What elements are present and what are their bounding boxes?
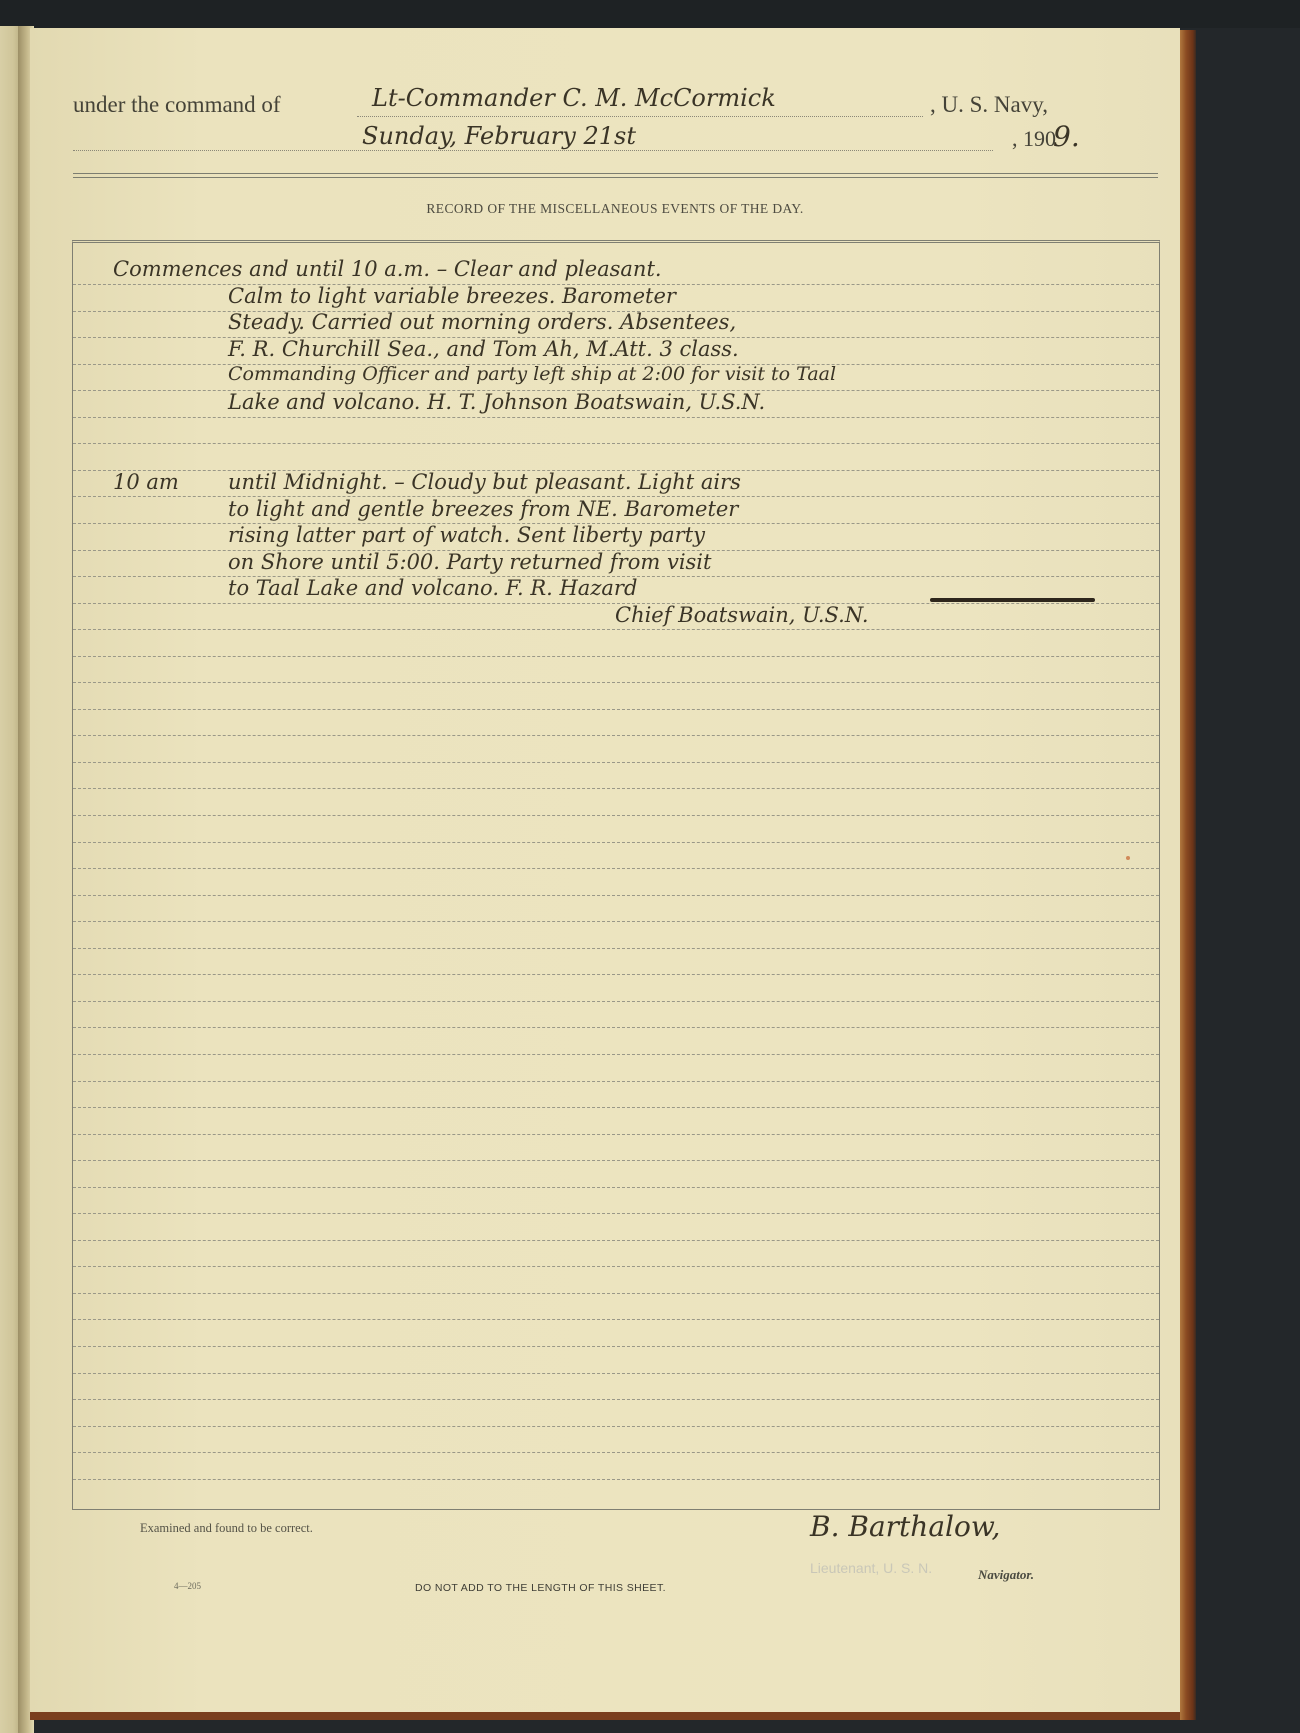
entry-2-line-2: to light and gentle breezes from NE. Bar… (228, 497, 738, 521)
signature-flourish (930, 598, 1095, 602)
entry-1-line-6: Lake and volcano. H. T. Johnson Boatswai… (228, 390, 765, 414)
ruled-line (73, 417, 1159, 418)
ruled-line (73, 868, 1159, 869)
year-handwritten: 9. (1053, 120, 1080, 153)
paper-stain (1126, 856, 1130, 860)
background-top (0, 0, 1300, 28)
ruled-line (73, 762, 1159, 763)
ruled-line (73, 948, 1159, 949)
entry-1-line-1: Commences and until 10 a.m. – Clear and … (113, 257, 662, 281)
entry-2-line-3: rising latter part of watch. Sent libert… (228, 523, 705, 547)
ruled-line (73, 1187, 1159, 1188)
ruled-line (73, 1107, 1159, 1108)
entry-2-signature-title: Chief Boatswain, U.S.N. (615, 603, 869, 627)
ruled-line (73, 1027, 1159, 1028)
ruled-line (73, 443, 1159, 444)
entry-1-line-3: Steady. Carried out morning orders. Abse… (228, 310, 736, 334)
ruled-line (73, 1160, 1159, 1161)
section-title: RECORD OF THE MISCELLANEOUS EVENTS OF TH… (0, 201, 1230, 217)
ruled-line (73, 1134, 1159, 1135)
ruled-line (73, 974, 1159, 975)
entry-1-line-4: F. R. Churchill Sea., and Tom Ah, M.Att.… (228, 337, 739, 361)
ruled-line (73, 1001, 1159, 1002)
entry-2-line-1: until Midnight. – Cloudy but pleasant. L… (228, 470, 741, 494)
service-suffix: , U. S. Navy, (930, 92, 1048, 118)
ruled-line (73, 1399, 1159, 1400)
ruled-line (73, 629, 1159, 630)
ruled-line (73, 682, 1159, 683)
ruled-line (73, 1213, 1159, 1214)
book-cover-bottom (30, 1712, 1180, 1720)
ruled-line (73, 895, 1159, 896)
ruled-line (73, 1240, 1159, 1241)
ruled-line (73, 1346, 1159, 1347)
ruled-line (73, 1266, 1159, 1267)
ruled-line (73, 1319, 1159, 1320)
book-cover-edge (1180, 30, 1196, 1720)
ruled-line (73, 815, 1159, 816)
record-box (72, 240, 1160, 1510)
form-number: 4—205 (174, 1581, 201, 1591)
ruled-line (73, 788, 1159, 789)
ruled-line (73, 1479, 1159, 1480)
year-printed: , 190 (1012, 126, 1056, 152)
sheet-notice: DO NOT ADD TO THE LENGTH OF THIS SHEET. (415, 1582, 666, 1594)
entry-1-line-2: Calm to light variable breezes. Baromete… (228, 284, 676, 308)
ruled-line (73, 1054, 1159, 1055)
commander-name: Lt-Commander C. M. McCormick (372, 84, 776, 112)
entry-2-time: 10 am (113, 470, 179, 494)
log-date: Sunday, February 21st (362, 122, 636, 150)
ruled-line (73, 1081, 1159, 1082)
ruled-line (73, 1373, 1159, 1374)
entry-1-line-5: Commanding Officer and party left ship a… (228, 363, 836, 385)
entry-2-line-4: on Shore until 5:00. Party returned from… (228, 550, 711, 574)
ruled-line (73, 842, 1159, 843)
rank-stamp: Lieutenant, U. S. N. (810, 1560, 932, 1576)
navigator-signature: B. Barthalow, (810, 1510, 1000, 1543)
ruled-line (73, 735, 1159, 736)
ruled-line (73, 1293, 1159, 1294)
navigator-label: Navigator. (978, 1567, 1034, 1583)
ruled-line (73, 709, 1159, 710)
ruled-line (73, 921, 1159, 922)
header-rule (73, 173, 1158, 178)
command-prefix: under the command of (73, 92, 281, 118)
ruled-line (73, 1452, 1159, 1453)
entry-2-line-5: to Taal Lake and volcano. F. R. Hazard (228, 576, 637, 600)
ruled-line (73, 656, 1159, 657)
examined-statement: Examined and found to be correct. (140, 1521, 313, 1536)
ruled-line (73, 1426, 1159, 1427)
